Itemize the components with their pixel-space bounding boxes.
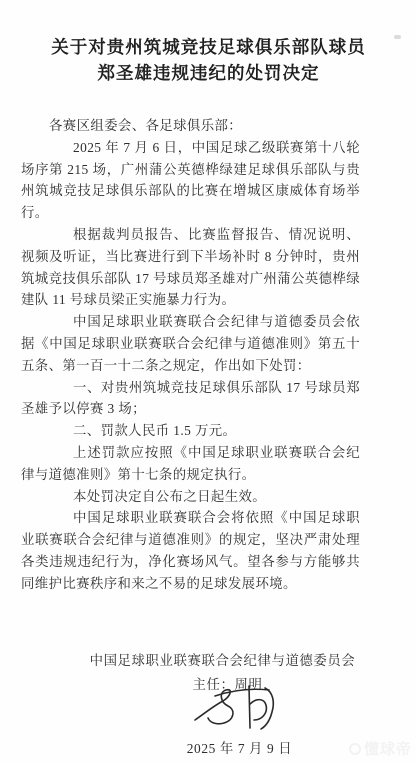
- paragraph-incident: 根据裁判员报告、比赛监督报告、情况说明、视频及听证，当比赛进行到下半场补时 8 …: [21, 224, 360, 311]
- title-line-1: 关于对贵州筑城竞技足球俱乐部队球员: [0, 35, 417, 61]
- handwritten-signature: [193, 682, 285, 734]
- paragraph-fine-execution: 上述罚款应按照《中国足球职业联赛联合会纪律与道德准则》第十七条的规定执行。: [21, 442, 360, 486]
- document-page: 关于对贵州筑城竞技足球俱乐部队球员 郑圣雄违规违纪的处罚决定 各赛区组委会、各足…: [0, 0, 417, 763]
- paragraph-effective-date: 本处罚决定自公布之日起生效。: [21, 486, 360, 508]
- paragraph-penalty-1: 一、对贵州筑城竞技足球俱乐部队 17 号球员郑圣雄予以停赛 3 场；: [21, 377, 360, 421]
- paragraph-match-info: 2025 年 7 月 6 日，中国足球乙级联赛第十八轮场序第 215 场，广州蒲…: [21, 137, 360, 224]
- document-title: 关于对贵州筑城竞技足球俱乐部队球员 郑圣雄违规违纪的处罚决定: [0, 35, 417, 86]
- salutation: 各赛区组委会、各足球俱乐部：: [21, 115, 360, 137]
- paragraph-closing: 中国足球职业联赛联合会将依照《中国足球职业联赛联合会纪律与道德准则》的规定，坚决…: [21, 507, 360, 594]
- paragraph-basis: 中国足球职业联赛联合会纪律与道德委员会依据《中国足球职业联赛联合会纪律与道德准则…: [21, 311, 360, 376]
- paragraph-penalty-2: 二、罚款人民币 1.5 万元。: [21, 420, 360, 442]
- watermark-logo-icon: [349, 743, 361, 755]
- watermark-text: 懂球帝: [364, 738, 412, 759]
- watermark: 懂球帝: [349, 738, 412, 759]
- title-line-2: 郑圣雄违规违纪的处罚决定: [0, 61, 417, 87]
- signature-committee: 中国足球职业联赛联合会纪律与道德委员会: [0, 650, 417, 669]
- document-body: 各赛区组委会、各足球俱乐部： 2025 年 7 月 6 日，中国足球乙级联赛第十…: [21, 115, 360, 595]
